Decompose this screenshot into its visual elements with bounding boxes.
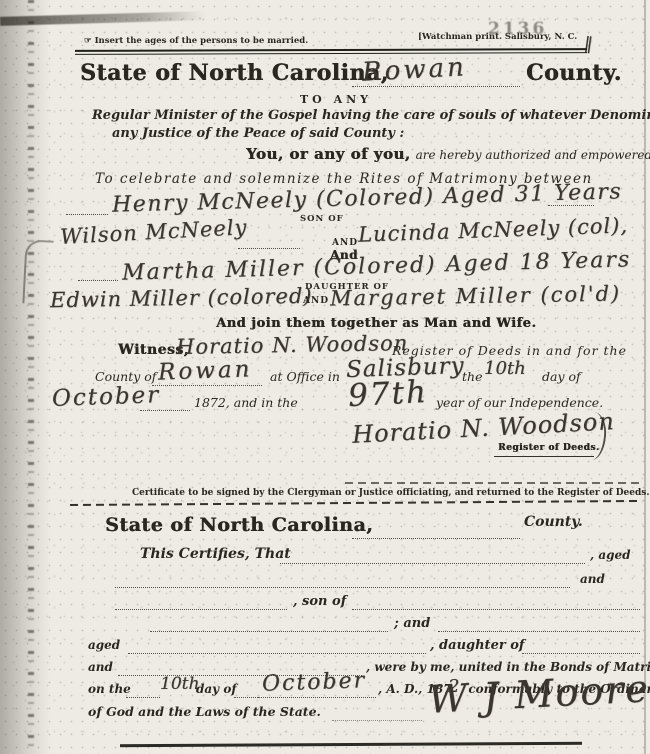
aged-suffix: , aged [590, 548, 631, 562]
instruction-note: ☞ Insert the ages of the persons to be m… [84, 36, 308, 46]
independence-text: year of our Independence. [436, 395, 603, 410]
on-the-label: on the [88, 682, 131, 696]
dotted-line [438, 629, 640, 632]
closing-text: of God and the Laws of the State. [88, 704, 321, 719]
county-of-value: Rowan [158, 356, 253, 385]
and-semicolon: ; and [394, 616, 430, 631]
dotted-line [280, 561, 585, 564]
cert-state-heading: State of North Carolina, [105, 514, 373, 536]
certifies-label: This Certifies, That [140, 546, 291, 562]
scanned-document: 2136 ☞ Insert the ages of the persons to… [0, 0, 650, 754]
authorization-line: You, or any of you, are hereby authorize… [246, 144, 650, 163]
addressee-line1: Regular Minister of the Gospel having th… [92, 108, 650, 123]
header-rule [75, 48, 587, 55]
dotted-line [352, 84, 520, 87]
independence-value: 97th [347, 374, 429, 414]
dash-line [332, 718, 422, 721]
you-or-any-label: You, or any of you, [246, 145, 410, 163]
dash-line [238, 246, 300, 249]
bride-line: Martha Miller (Colored) Aged 18 Years [122, 247, 632, 285]
cert-aged-label: aged [88, 638, 120, 652]
dash-line [152, 383, 262, 386]
officiant-signature: W J Moore [427, 666, 650, 722]
scan-top-streak [0, 11, 205, 26]
groom-father: Wilson McNeely [60, 215, 248, 249]
printer-note: [Watchman print. Salisbury, N. C. [418, 32, 577, 42]
and-label2: AND [303, 296, 329, 306]
and-suffix: and [580, 572, 605, 586]
county-label: County. [526, 60, 622, 86]
cert-son-of-label: , son of [293, 594, 346, 609]
bride-mother: Margaret Miller (col'd) [330, 281, 621, 310]
dotted-line [352, 536, 520, 539]
at-office-label: at Office in [270, 369, 340, 384]
signature-title-rule [494, 456, 594, 457]
dotted-line [522, 651, 640, 654]
dash-line [548, 203, 594, 206]
dotted-line [234, 695, 258, 698]
join-line: And join them together as Man and Wife. [216, 316, 536, 331]
authorized-text: are hereby authorized and empowered [416, 148, 650, 162]
year-text: 1872, and in the [194, 395, 298, 410]
dash-line [66, 212, 108, 215]
bottom-rule [120, 742, 582, 747]
dotted-line [150, 629, 388, 632]
cert-and-label: and [88, 660, 113, 674]
day-of-label: day of [542, 369, 581, 384]
dotted-line [258, 695, 376, 698]
signature-title: Register of Deeds. [498, 443, 600, 453]
addressee-line2: any Justice of the Peace of said County … [112, 126, 404, 141]
dotted-line [128, 651, 426, 654]
license-state-heading: State of North Carolina, [80, 60, 389, 86]
dotted-line [115, 585, 570, 588]
divider-rule-top [345, 482, 640, 484]
dotted-line [126, 695, 160, 698]
scan-edge-left [0, 0, 50, 754]
divider-rule-bottom [70, 500, 640, 506]
dash-line [78, 278, 118, 281]
day-value: 10th [484, 358, 526, 379]
dotted-line [115, 607, 287, 610]
and-label: AND [332, 238, 358, 248]
dotted-line [352, 607, 640, 610]
county-handwritten: Rowan [361, 52, 467, 87]
son-of-label: SON OF [300, 214, 344, 224]
the-label: the [462, 369, 482, 384]
cert-daughter-of-label: , daughter of [430, 638, 524, 653]
witness-name: Horatio N. Woodson [176, 331, 409, 359]
groom-mother: Lucinda McNeely (col), [358, 213, 629, 246]
cert-day-of-label: day of [196, 682, 236, 696]
bride-father: Edwin Miller (colored) [50, 284, 313, 313]
cert-county-label: County. [524, 514, 583, 530]
cert-month-value: October [262, 668, 367, 697]
cert-day-value: 10th [160, 674, 199, 694]
dash-line [140, 408, 190, 411]
divider-note: Certificate to be signed by the Clergyma… [132, 488, 649, 498]
to-any-label: TO ANY [300, 93, 372, 106]
